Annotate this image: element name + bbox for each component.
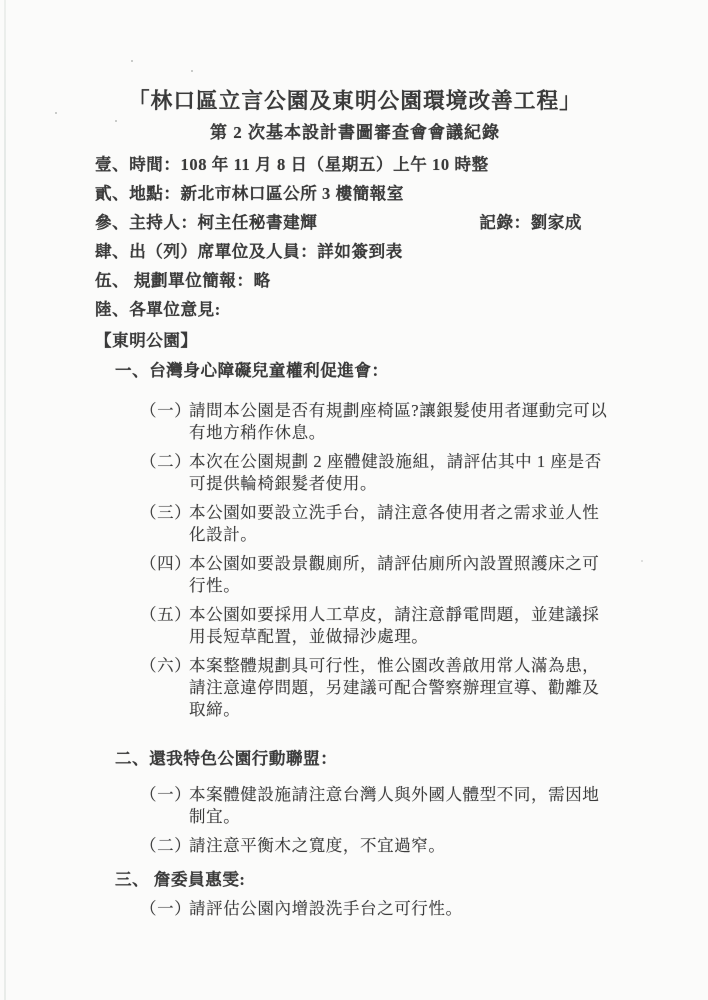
- meta-opinions: 陸、各單位意見:: [95, 295, 582, 324]
- item-text: 請評估公園內增設洗手台之可行性。: [189, 898, 616, 920]
- item-text: 請問本公園是否有規劃座椅區?讓銀髮使用者運動完可以有地方稍作休息。: [189, 400, 616, 444]
- opinion-items: （一） 本案體健設施請注意台灣人與外國人體型不同，需因地制宜。 （二） 請注意平…: [95, 784, 616, 857]
- group-heading: 三、 詹委員惠雯:: [115, 869, 616, 891]
- opinion-item: （六） 本案整體規劃具可行性，惟公園改善啟用常人滿為患，請注意違停問題，另建議可…: [95, 655, 616, 721]
- section-header-dongming-park: 【東明公園】: [95, 329, 198, 353]
- opinion-item: （一） 請評估公園內增設洗手台之可行性。: [95, 898, 616, 920]
- opinion-items: （一） 請問本公園是否有規劃座椅區?讓銀髮使用者運動完可以有地方稍作休息。 （二…: [95, 400, 616, 721]
- meta-recorder: 記錄：劉家成: [479, 208, 582, 237]
- item-text: 本案體健設施請注意台灣人與外國人體型不同，需因地制宜。: [189, 784, 616, 828]
- item-marker: （一）: [140, 898, 189, 920]
- item-text: 本公園如要設景觀廁所，請評估廁所內設置照護床之可行性。: [189, 553, 616, 597]
- item-marker: （一）: [140, 400, 189, 444]
- item-marker: （二）: [140, 835, 189, 857]
- opinion-item: （一） 請問本公園是否有規劃座椅區?讓銀髮使用者運動完可以有地方稍作休息。: [95, 400, 616, 444]
- item-marker: （五）: [140, 604, 189, 648]
- opinion-item: （二） 本次在公園規劃 2 座體健設施組，請評估其中 1 座是否可提供輪椅銀髮者…: [95, 451, 616, 495]
- meta-place: 貳、地點：新北市林口區公所 3 樓簡報室: [95, 179, 582, 208]
- opinion-items: （一） 請評估公園內增設洗手台之可行性。: [95, 898, 616, 920]
- opinion-item: （四） 本公園如要設景觀廁所，請評估廁所內設置照護床之可行性。: [95, 553, 616, 597]
- document-body: 「林口區立言公園及東明公園環境改善工程」 第 2 次基本設計書圖審查會會議紀錄 …: [0, 0, 708, 1000]
- item-text: 本公園如要採用人工草皮，請注意靜電問題，並建議採用長短草配置，並做掃沙處理。: [189, 604, 616, 648]
- item-text: 本公園如要設立洗手台，請注意各使用者之需求並人性化設計。: [189, 502, 616, 546]
- meta-attendees: 肆、出（列）席單位及人員：詳如簽到表: [95, 237, 582, 266]
- meta-briefing: 伍、 規劃單位簡報：略: [95, 266, 582, 295]
- opinion-group: 一、台灣身心障礙兒童權利促進會： （一） 請問本公園是否有規劃座椅區?讓銀髮使用…: [95, 360, 616, 728]
- opinion-item: （三） 本公園如要設立洗手台，請注意各使用者之需求並人性化設計。: [95, 502, 616, 546]
- meta-host-row: 參、主持人：柯主任秘書建輝 記錄：劉家成: [95, 208, 582, 237]
- meeting-meta: 壹、時間：108 年 11 月 8 日（星期五）上午 10 時整 貳、地點：新北…: [95, 150, 582, 324]
- item-marker: （四）: [140, 553, 189, 597]
- opinion-item: （一） 本案體健設施請注意台灣人與外國人體型不同，需因地制宜。: [95, 784, 616, 828]
- item-marker: （二）: [140, 451, 189, 495]
- opinion-group: 二、還我特色公園行動聯盟： （一） 本案體健設施請注意台灣人與外國人體型不同，需…: [95, 748, 616, 864]
- item-marker: （六）: [140, 655, 189, 721]
- item-text: 請注意平衡木之寬度，不宜過窄。: [189, 835, 616, 857]
- group-heading: 一、台灣身心障礙兒童權利促進會：: [115, 360, 616, 382]
- opinion-item: （五） 本公園如要採用人工草皮，請注意靜電問題，並建議採用長短草配置，並做掃沙處…: [95, 604, 616, 648]
- item-text: 本次在公園規劃 2 座體健設施組，請評估其中 1 座是否可提供輪椅銀髮者使用。: [189, 451, 616, 495]
- meta-time: 壹、時間：108 年 11 月 8 日（星期五）上午 10 時整: [95, 150, 582, 179]
- group-heading: 二、還我特色公園行動聯盟：: [115, 748, 616, 770]
- opinion-group: 三、 詹委員惠雯: （一） 請評估公園內增設洗手台之可行性。: [95, 869, 616, 927]
- scanned-document-page: 「林口區立言公園及東明公園環境改善工程」 第 2 次基本設計書圖審查會會議紀錄 …: [0, 0, 708, 1000]
- item-marker: （一）: [140, 784, 189, 828]
- page-subtitle: 第 2 次基本設計書圖審查會會議紀錄: [95, 120, 615, 146]
- item-marker: （三）: [140, 502, 189, 546]
- opinion-item: （二） 請注意平衡木之寬度，不宜過窄。: [95, 835, 616, 857]
- meta-host: 參、主持人：柯主任秘書建輝: [95, 208, 317, 237]
- page-title: 「林口區立言公園及東明公園環境改善工程」: [95, 86, 615, 116]
- item-text: 本案整體規劃具可行性，惟公園改善啟用常人滿為患，請注意違停問題，另建議可配合警察…: [189, 655, 616, 721]
